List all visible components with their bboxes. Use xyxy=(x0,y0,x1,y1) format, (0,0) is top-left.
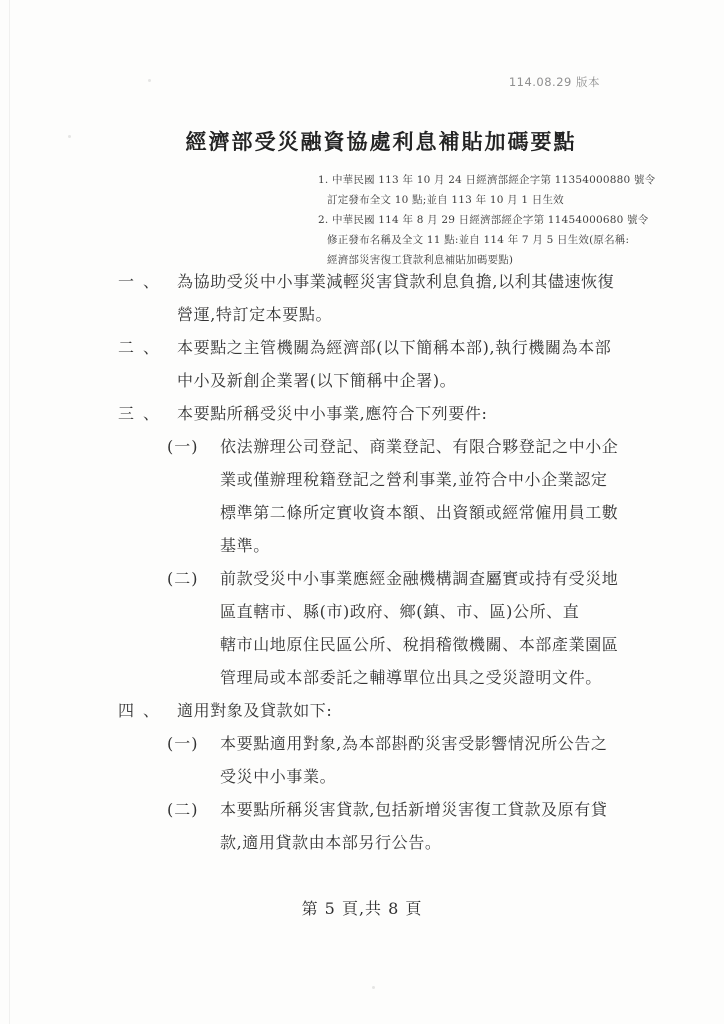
item-line: 標準第二條所定實收資本額、出資額或經常僱用員工數 xyxy=(220,496,664,529)
item-3-sub-2: (二) 前款受災中小事業應經金融機構調查屬實或持有受災地 區直轄市、縣(市)政府… xyxy=(167,562,664,694)
item-line: 管理局或本部委託之輔導單位出具之受災證明文件。 xyxy=(220,661,664,694)
item-line: 本要點之主管機關為經濟部(以下簡稱本部),執行機關為本部 xyxy=(177,331,664,364)
subitem-marker: (二) xyxy=(167,562,220,595)
item-3-sub-1: (一) 依法辦理公司登記、商業登記、有限合夥登記之中小企 業或僅辦理稅籍登記之營… xyxy=(167,430,664,562)
item-line: 前款受災中小事業應經金融機構調查屬實或持有受災地 xyxy=(220,562,664,595)
subitem-marker: (一) xyxy=(167,727,220,760)
item-line: 中小及新創企業署(以下簡稱中企署)。 xyxy=(177,364,664,397)
item-line: 適用對象及貸款如下: xyxy=(177,694,664,727)
item-line: 依法辦理公司登記、商業登記、有限合夥登記之中小企 xyxy=(220,430,664,463)
item-marker: 三、 xyxy=(118,397,177,430)
item-4: 四、 適用對象及貸款如下: xyxy=(118,694,664,727)
item-line: 營運,特訂定本要點。 xyxy=(177,298,664,331)
item-line: 區直轄市、縣(市)政府、鄉(鎮、市、區)公所、直 xyxy=(220,595,664,628)
item-4-sub-1: (一) 本要點適用對象,為本部斟酌災害受影響情況所公告之 受災中小事業。 xyxy=(167,727,664,793)
amendment-note-line: 訂定發布全文 10 點;並自 113 年 10 月 1 日生效 xyxy=(327,190,655,210)
scan-speck xyxy=(372,986,375,989)
subitem-marker: (二) xyxy=(167,793,220,826)
item-line: 轄市山地原住民區公所、稅捐稽徵機關、本部產業園區 xyxy=(220,628,664,661)
item-marker: 四、 xyxy=(118,694,177,727)
item-line: 為協助受災中小事業減輕災害貸款利息負擔,以利其儘速恢復 xyxy=(177,265,664,298)
item-1: 一、 為協助受災中小事業減輕災害貸款利息負擔,以利其儘速恢復 營運,特訂定本要點… xyxy=(118,265,664,331)
item-line: 本要點適用對象,為本部斟酌災害受影響情況所公告之 xyxy=(220,727,664,760)
amendment-note-line: 2. 中華民國 114 年 8 月 29 日經濟部經企字第 1145400068… xyxy=(318,210,655,230)
scan-speck xyxy=(148,79,151,82)
item-line: 基準。 xyxy=(220,529,664,562)
page-number-indicator: 第 5 頁,共 8 頁 xyxy=(0,896,724,919)
item-line: 本要點所稱受災中小事業,應符合下列要件: xyxy=(177,397,664,430)
item-line: 本要點所稱災害貸款,包括新增災害復工貸款及原有貸 xyxy=(220,793,664,826)
item-marker: 二、 xyxy=(118,331,177,364)
item-marker: 一、 xyxy=(118,265,177,298)
version-label: 114.08.29 版本 xyxy=(509,74,600,90)
item-4-sub-2: (二) 本要點所稱災害貸款,包括新增災害復工貸款及原有貸 款,適用貸款由本部另行… xyxy=(167,793,664,859)
document-body: 一、 為協助受災中小事業減輕災害貸款利息負擔,以利其儘速恢復 營運,特訂定本要點… xyxy=(118,265,664,859)
amendment-notes: 1. 中華民國 113 年 10 月 24 日經濟部經企字第 113540008… xyxy=(318,170,655,270)
item-3: 三、 本要點所稱受災中小事業,應符合下列要件: xyxy=(118,397,664,430)
item-2: 二、 本要點之主管機關為經濟部(以下簡稱本部),執行機關為本部 中小及新創企業署… xyxy=(118,331,664,397)
subitem-marker: (一) xyxy=(167,430,220,463)
amendment-note-line: 修正發布名稱及全文 11 點:並自 114 年 7 月 5 日生效(原名稱: xyxy=(327,230,655,250)
item-line: 款,適用貸款由本部另行公告。 xyxy=(220,826,664,859)
item-line: 業或僅辦理稅籍登記之營利事業,並符合中小企業認定 xyxy=(220,463,664,496)
item-line: 受災中小事業。 xyxy=(220,760,664,793)
amendment-note-line: 1. 中華民國 113 年 10 月 24 日經濟部經企字第 113540008… xyxy=(318,170,655,190)
scanned-document-page: 114.08.29 版本 經濟部受災融資協處利息補貼加碼要點 1. 中華民國 1… xyxy=(0,0,724,1024)
document-title: 經濟部受災融資協處利息補貼加碼要點 xyxy=(0,126,724,156)
